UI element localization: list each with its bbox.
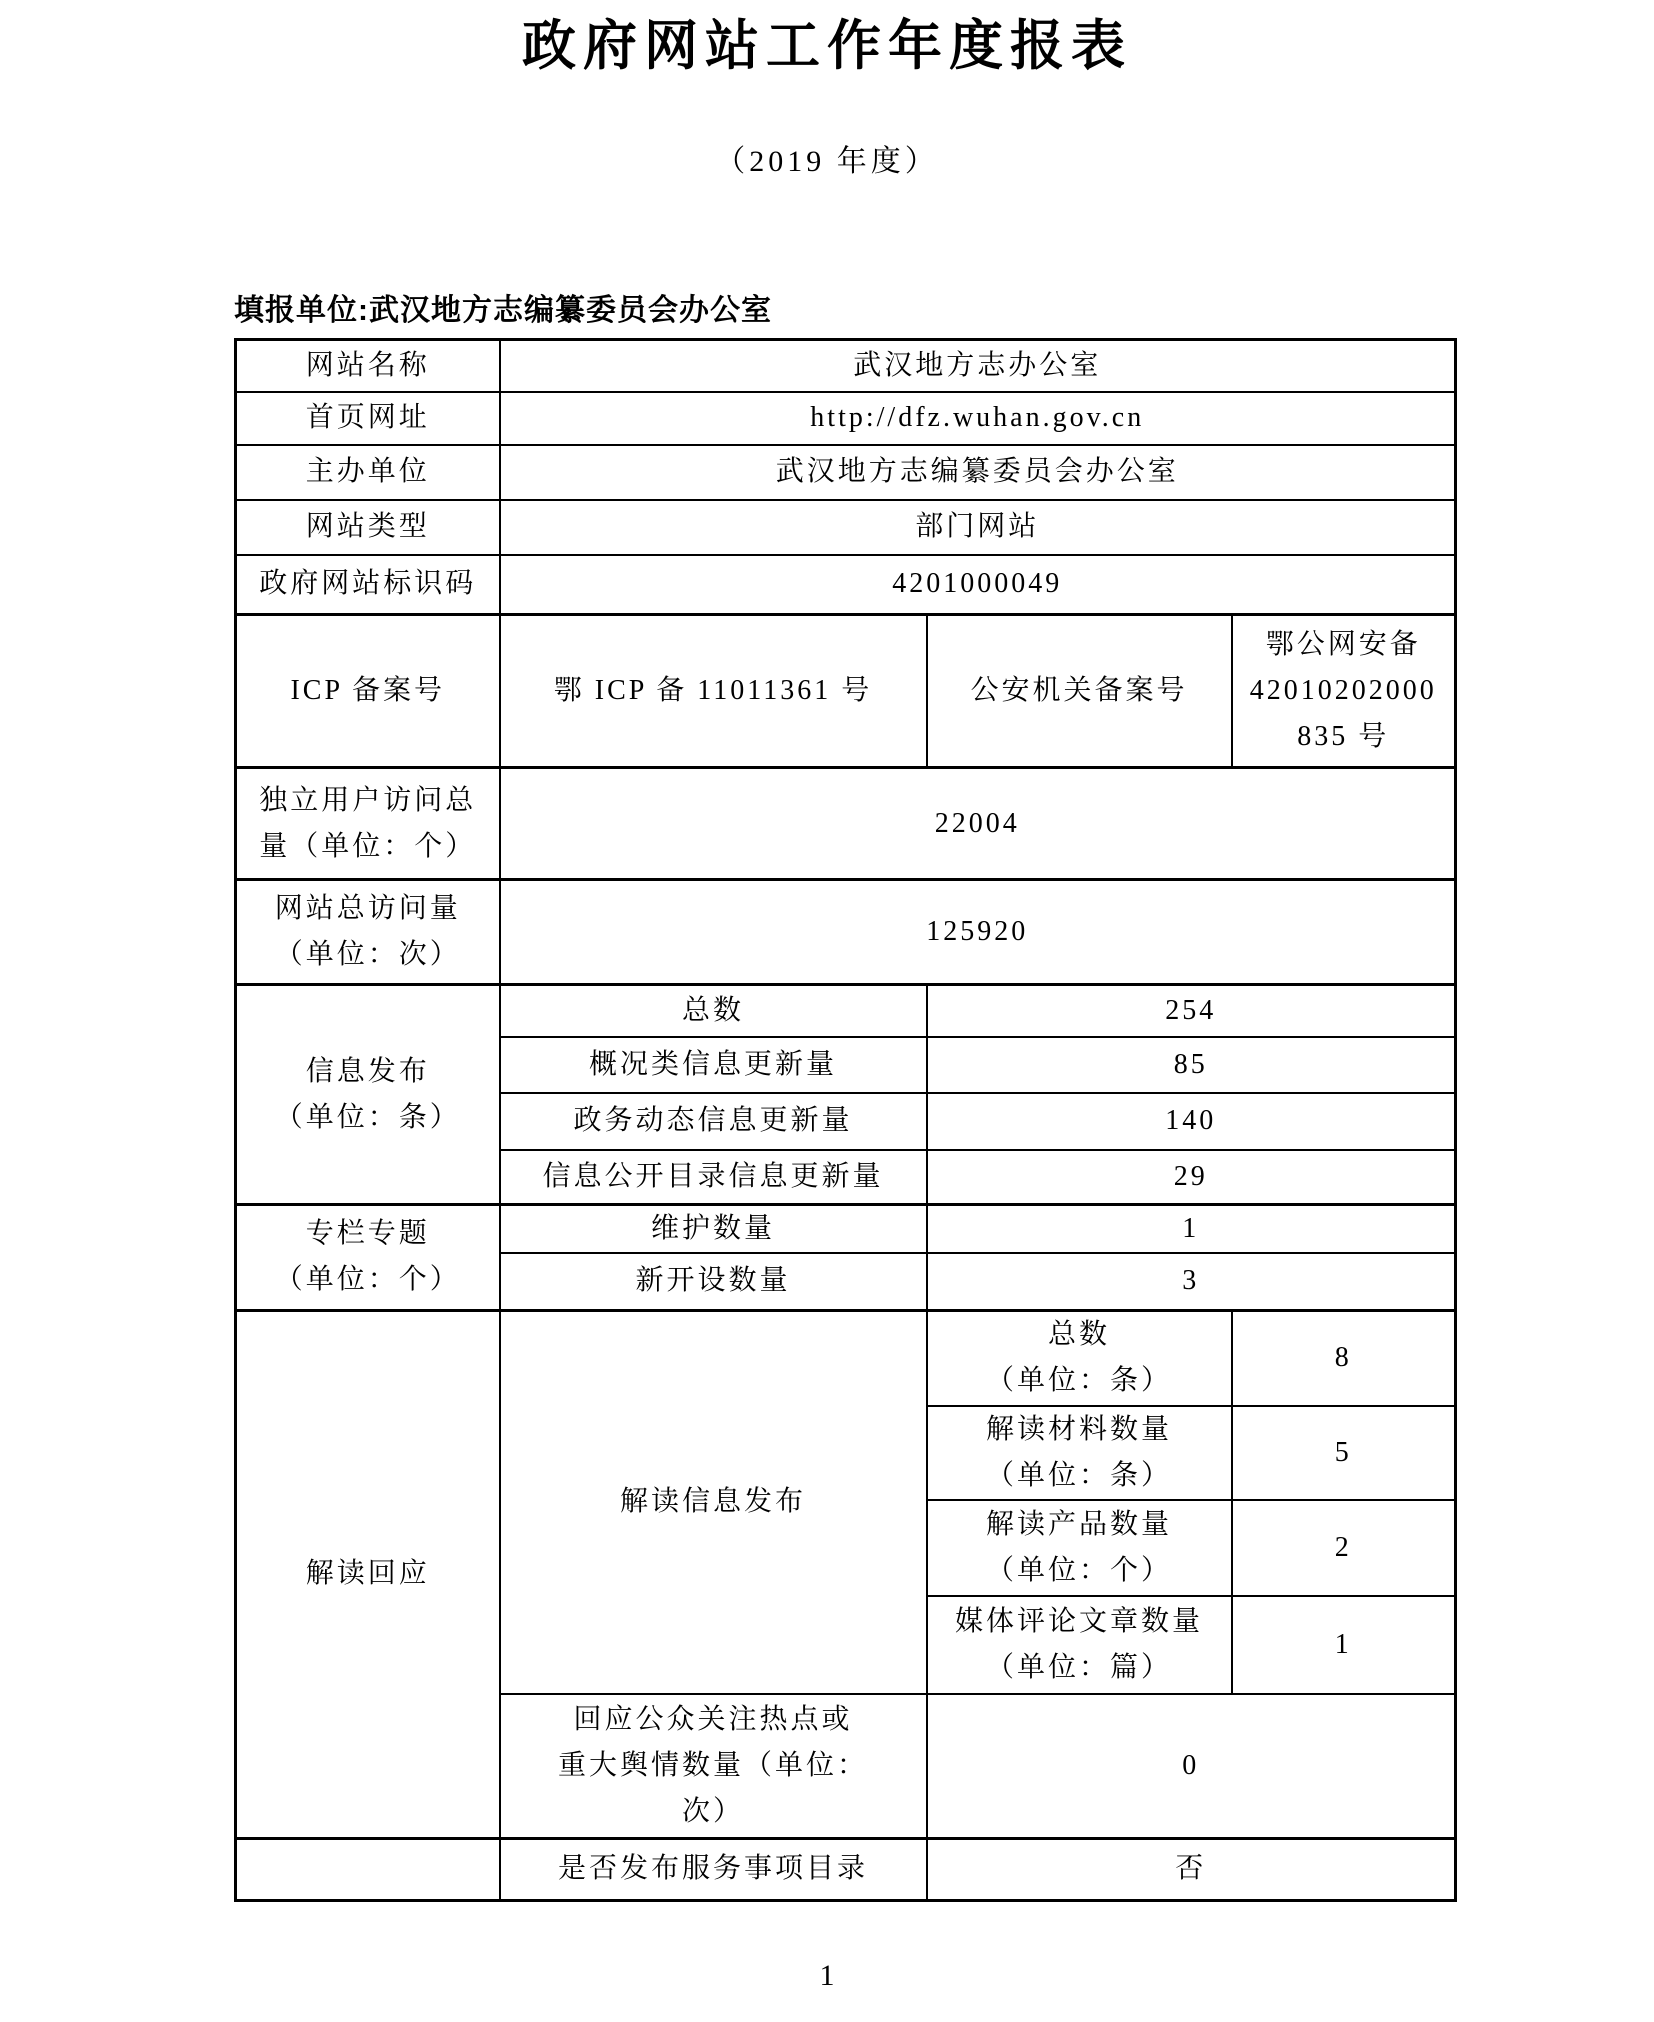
table-row: 首页网址 http://dfz.wuhan.gov.cn xyxy=(236,392,1456,445)
page-number: 1 xyxy=(0,1958,1654,1994)
info-total-label: 总数 xyxy=(500,985,927,1037)
table-row: ICP 备案号 鄂 ICP 备 11011361 号 公安机关备案号 鄂公网安备… xyxy=(236,615,1456,768)
interp-total-value: 8 xyxy=(1232,1310,1456,1406)
police-license-value: 鄂公网安备 42010202000 835 号 xyxy=(1232,615,1456,768)
table-row: 网站类型 部门网站 xyxy=(236,500,1456,555)
table-row: 网站总访问量 （单位：次） 125920 xyxy=(236,880,1456,985)
organizer-value: 武汉地方志编纂委员会办公室 xyxy=(500,445,1456,500)
icp-license-label: ICP 备案号 xyxy=(236,615,500,768)
interp-product-value: 2 xyxy=(1232,1500,1456,1596)
service-catalog-value: 否 xyxy=(927,1838,1456,1900)
interp-material-label: 解读材料数量 （单位：条） xyxy=(927,1406,1232,1500)
annual-report-table: 网站名称 武汉地方志办公室 首页网址 http://dfz.wuhan.gov.… xyxy=(234,338,1457,1902)
page-subtitle: （2019 年度） xyxy=(0,144,1654,180)
site-id-code-label: 政府网站标识码 xyxy=(236,555,500,615)
website-type-label: 网站类型 xyxy=(236,500,500,555)
public-response-value: 0 xyxy=(927,1694,1456,1838)
info-total-value: 254 xyxy=(927,985,1456,1037)
interp-product-label: 解读产品数量 （单位：个） xyxy=(927,1500,1232,1596)
website-name-value: 武汉地方志办公室 xyxy=(500,340,1456,392)
report-page: 政府网站工作年度报表 （2019 年度） 填报单位:武汉地方志编纂委员会办公室 … xyxy=(0,0,1654,2022)
table-row: 独立用户访问总 量（单位：个） 22004 xyxy=(236,768,1456,880)
interp-total-label: 总数 （单位：条） xyxy=(927,1310,1232,1406)
interpretation-publish-label: 解读信息发布 xyxy=(500,1310,927,1694)
total-visits-label: 网站总访问量 （单位：次） xyxy=(236,880,500,985)
homepage-url-value: http://dfz.wuhan.gov.cn xyxy=(500,392,1456,445)
table-row: 网站名称 武汉地方志办公室 xyxy=(236,340,1456,392)
website-type-value: 部门网站 xyxy=(500,500,1456,555)
gov-news-update-label: 政务动态信息更新量 xyxy=(500,1093,927,1150)
reporting-unit: 填报单位:武汉地方志编纂委员会办公室 xyxy=(234,292,1454,330)
interpretation-group-label: 解读回应 xyxy=(236,1310,500,1838)
service-catalog-label: 是否发布服务事项目录 xyxy=(500,1838,927,1900)
overview-update-value: 85 xyxy=(927,1037,1456,1093)
icp-license-value: 鄂 ICP 备 11011361 号 xyxy=(500,615,927,768)
website-name-label: 网站名称 xyxy=(236,340,500,392)
new-count-value: 3 xyxy=(927,1253,1456,1310)
table-row: 信息发布 （单位：条） 总数 254 xyxy=(236,985,1456,1037)
interp-material-value: 5 xyxy=(1232,1406,1456,1500)
homepage-url-label: 首页网址 xyxy=(236,392,500,445)
maintained-count-value: 1 xyxy=(927,1205,1456,1254)
police-license-label: 公安机关备案号 xyxy=(927,615,1232,768)
disclosure-update-label: 信息公开目录信息更新量 xyxy=(500,1150,927,1205)
new-count-label: 新开设数量 xyxy=(500,1253,927,1310)
gov-news-update-value: 140 xyxy=(927,1093,1456,1150)
unique-visitors-label: 独立用户访问总 量（单位：个） xyxy=(236,768,500,880)
table-row: 是否发布服务事项目录 否 xyxy=(236,1838,1456,1900)
media-comment-label: 媒体评论文章数量 （单位：篇） xyxy=(927,1596,1232,1694)
maintained-count-label: 维护数量 xyxy=(500,1205,927,1254)
page-title: 政府网站工作年度报表 xyxy=(0,14,1654,78)
public-response-label: 回应公众关注热点或 重大舆情数量（单位： 次） xyxy=(500,1694,927,1838)
table-row: 解读回应 解读信息发布 总数 （单位：条） 8 xyxy=(236,1310,1456,1406)
site-id-code-value: 4201000049 xyxy=(500,555,1456,615)
disclosure-update-value: 29 xyxy=(927,1150,1456,1205)
table-row: 主办单位 武汉地方志编纂委员会办公室 xyxy=(236,445,1456,500)
table-row: 专栏专题 （单位：个） 维护数量 1 xyxy=(236,1205,1456,1254)
info-publish-group-label: 信息发布 （单位：条） xyxy=(236,985,500,1205)
empty-section-cell xyxy=(236,1838,500,1900)
special-topics-group-label: 专栏专题 （单位：个） xyxy=(236,1205,500,1311)
unique-visitors-value: 22004 xyxy=(500,768,1456,880)
media-comment-value: 1 xyxy=(1232,1596,1456,1694)
overview-update-label: 概况类信息更新量 xyxy=(500,1037,927,1093)
table-row: 政府网站标识码 4201000049 xyxy=(236,555,1456,615)
total-visits-value: 125920 xyxy=(500,880,1456,985)
organizer-label: 主办单位 xyxy=(236,445,500,500)
